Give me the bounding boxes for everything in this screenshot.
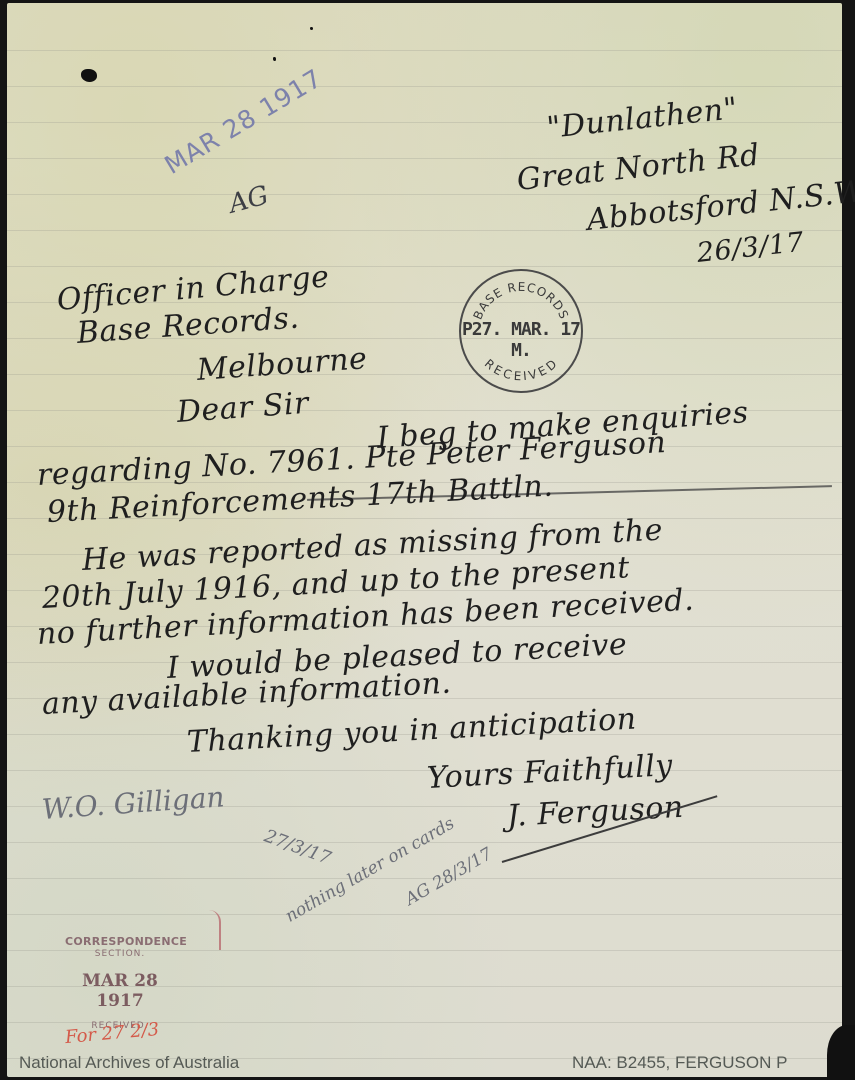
- paper-hole: [81, 69, 97, 82]
- stamp-top-text: BASE RECORDS: [471, 280, 572, 322]
- stamp-line-1: CORRESPONDENCE: [65, 935, 175, 948]
- letter-page: "Dunlathen" Great North Rd Abbotsford N.…: [7, 3, 842, 1077]
- paper-speck: [310, 27, 313, 30]
- red-mark: [207, 910, 221, 950]
- archive-watermark: National Archives of Australia: [19, 1053, 239, 1073]
- paper-speck: [273, 57, 276, 61]
- stamp-date: MAR 28 1917: [65, 971, 175, 1011]
- correspondence-section-stamp: CORRESPONDENCE SECTION. MAR 28 1917 RECE…: [65, 935, 175, 1031]
- archive-reference: NAA: B2455, FERGUSON P: [572, 1053, 787, 1073]
- base-records-received-stamp: BASE RECORDS RECEIVED P27. MAR. 17 M.: [459, 269, 583, 393]
- svg-text:BASE RECORDS: BASE RECORDS: [471, 280, 572, 322]
- stamp-date-text: P27. MAR. 17 M.: [461, 319, 581, 361]
- stamp-line-2: SECTION.: [65, 949, 175, 959]
